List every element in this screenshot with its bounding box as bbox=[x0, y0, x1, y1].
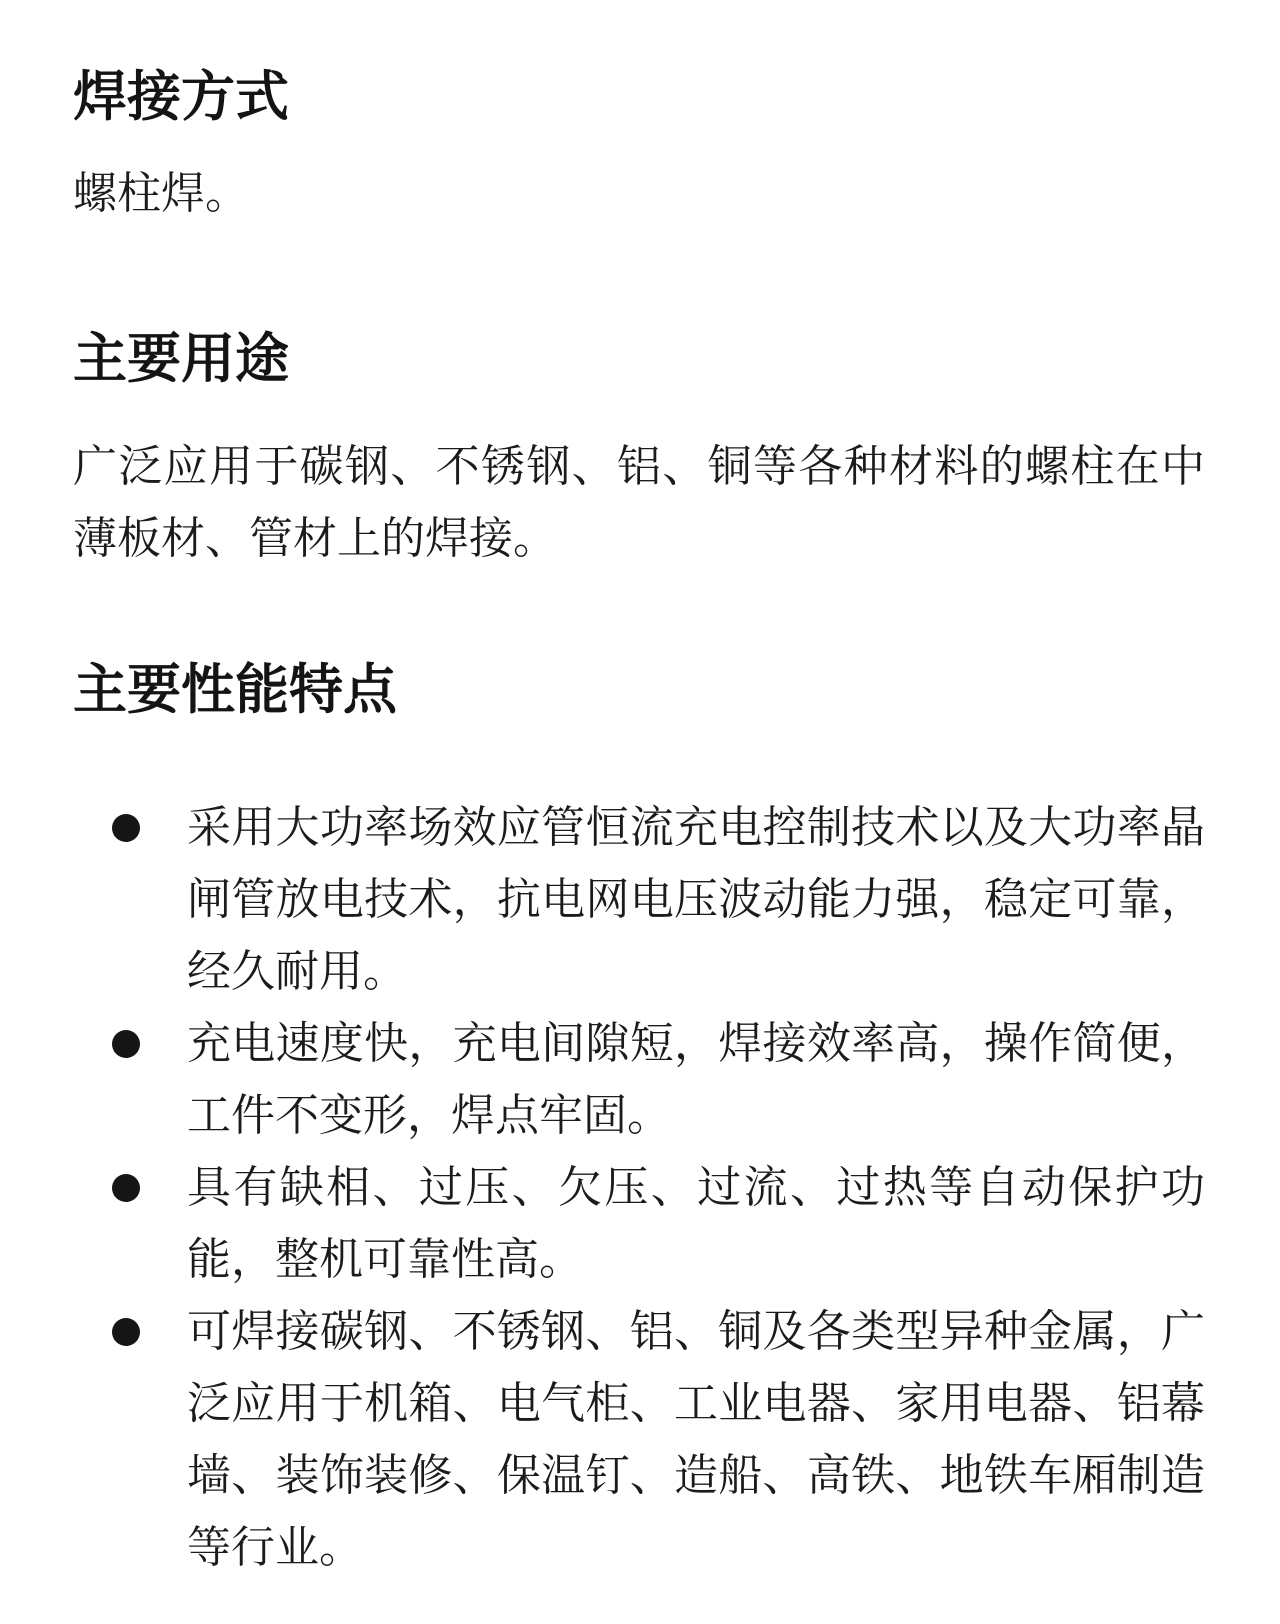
document-page: 焊接方式 螺柱焊。 主要用途 广泛应用于碳钢、不锈钢、铝、铜等各种材料的螺柱在中… bbox=[0, 0, 1280, 1624]
list-item: 充电速度快，充电间隙短，焊接效率高，操作简便，工件不变形，焊点牢固。 bbox=[73, 1008, 1205, 1152]
feature-text: 采用大功率场效应管恒流充电控制技术以及大功率晶闸管放电技术，抗电网电压波动能力强… bbox=[187, 792, 1205, 1008]
feature-text: 充电速度快，充电间隙短，焊接效率高，操作简便，工件不变形，焊点牢固。 bbox=[187, 1008, 1205, 1152]
section-title-welding-method: 焊接方式 bbox=[73, 64, 1205, 130]
list-item: 具有缺相、过压、欠压、过流、过热等自动保护功能，整机可靠性高。 bbox=[73, 1152, 1205, 1296]
bullet-icon bbox=[112, 814, 140, 842]
section-title-main-uses: 主要用途 bbox=[73, 326, 1205, 392]
feature-text: 具有缺相、过压、欠压、过流、过热等自动保护功能，整机可靠性高。 bbox=[187, 1152, 1205, 1296]
features-list: 采用大功率场效应管恒流充电控制技术以及大功率晶闸管放电技术，抗电网电压波动能力强… bbox=[73, 792, 1205, 1584]
section-title-features: 主要性能特点 bbox=[73, 657, 1205, 723]
bullet-icon bbox=[112, 1174, 140, 1202]
list-item: 可焊接碳钢、不锈钢、铝、铜及各类型异种金属，广泛应用于机箱、电气柜、工业电器、家… bbox=[73, 1296, 1205, 1584]
welding-method-body: 螺柱焊。 bbox=[73, 158, 1205, 230]
bullet-icon bbox=[112, 1030, 140, 1058]
bullet-icon bbox=[112, 1318, 140, 1346]
main-uses-body: 广泛应用于碳钢、不锈钢、铝、铜等各种材料的螺柱在中薄板材、管材上的焊接。 bbox=[73, 431, 1205, 575]
list-item: 采用大功率场效应管恒流充电控制技术以及大功率晶闸管放电技术，抗电网电压波动能力强… bbox=[73, 792, 1205, 1008]
feature-text: 可焊接碳钢、不锈钢、铝、铜及各类型异种金属，广泛应用于机箱、电气柜、工业电器、家… bbox=[187, 1296, 1205, 1584]
